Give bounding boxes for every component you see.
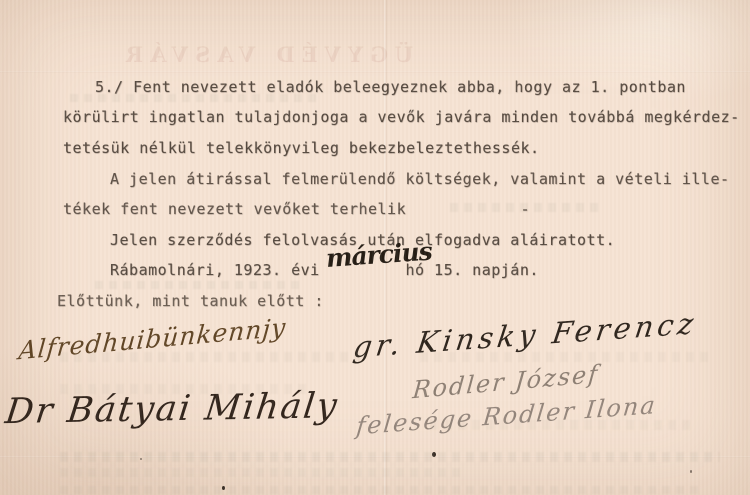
typed-line: körülirt ingatlan tulajdonjoga a vevők j… — [63, 108, 740, 126]
ink-speck — [222, 486, 225, 490]
typed-line: tetésük nélkül telekkönyvileg bekezbelez… — [63, 139, 540, 157]
ink-speck — [140, 458, 142, 460]
bleedthrough-smudge — [60, 468, 460, 477]
bleedthrough-smudge — [95, 281, 305, 289]
typed-line: 5./ Fent nevezett eladók beleegyeznek ab… — [95, 78, 686, 96]
typed-line: Előttünk, mint tanuk előtt : — [57, 292, 324, 310]
ink-speck — [432, 452, 436, 457]
typed-line: tékek fent nevezett vevőket terhelik - — [63, 200, 530, 218]
typed-line: Rábamolnári, 1923. évi hó 15. napján. — [110, 261, 539, 279]
signature-witness-1: Alfredhuibünkennjy — [17, 313, 287, 366]
document-page: ÜGYVÉD VASVÁR 5./ Fent nevezett eladók b… — [0, 0, 750, 495]
horizontal-fold-crease-bottom — [0, 456, 750, 458]
signature-witness-2: Dr Bátyai Mihály — [3, 386, 341, 432]
ink-speck — [690, 470, 692, 473]
horizontal-fold-crease-top — [0, 71, 750, 73]
mirrored-letterhead-ghost: ÜGYVÉD VASVÁR — [92, 42, 440, 67]
signature-party-3: felesége Rodler Ilona — [355, 391, 658, 440]
signature-party-1: gr. Kinsky Ferencz — [351, 306, 699, 364]
bleedthrough-smudge — [60, 486, 700, 494]
typed-line: A jelen átirással felmerülendő költségek… — [110, 170, 730, 188]
